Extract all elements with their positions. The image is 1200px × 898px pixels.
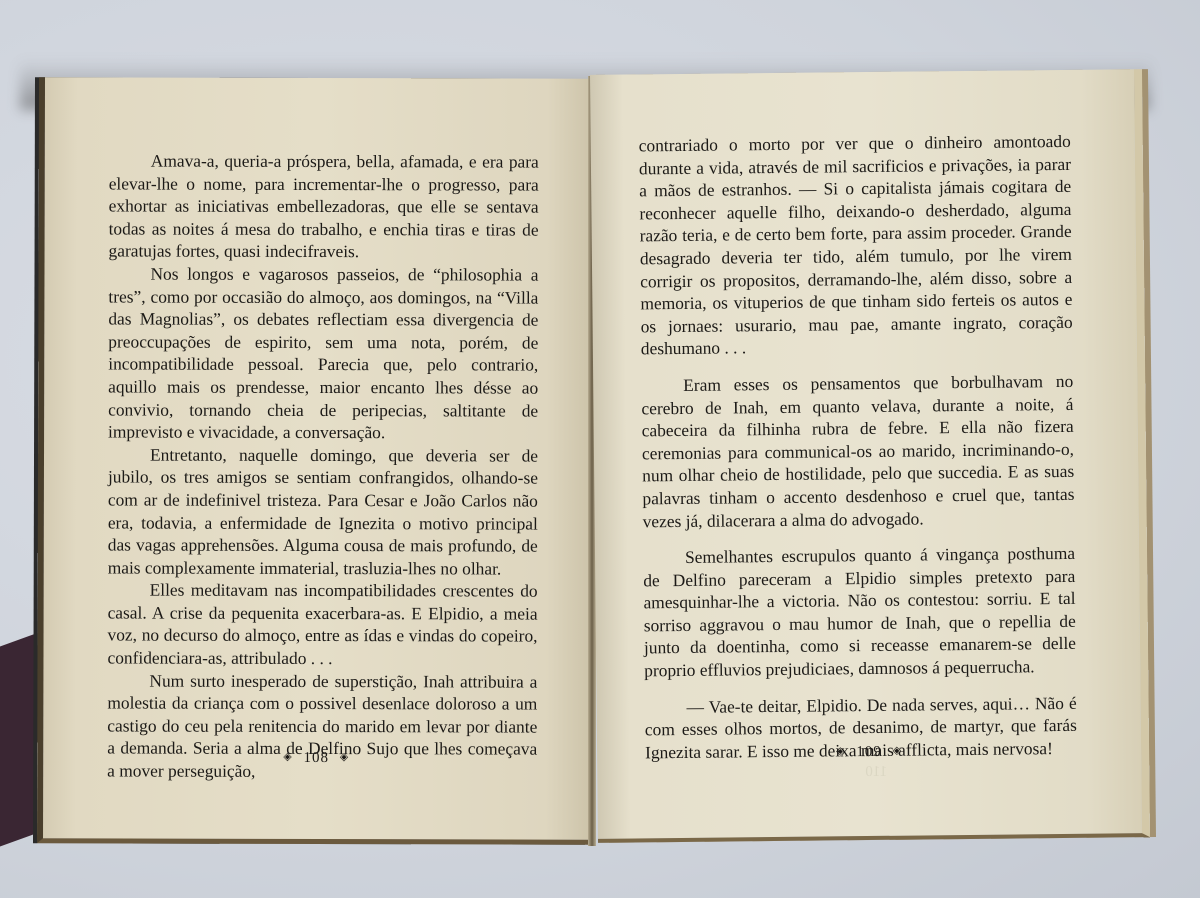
paragraph: Eram esses os pensamentos que borbulhava… bbox=[641, 370, 1075, 533]
page-number-value: 109 bbox=[856, 744, 882, 760]
bleed-through-page-number: 110 bbox=[865, 764, 887, 781]
right-page-text: contrariado o morto por ver que o dinhei… bbox=[639, 130, 1078, 764]
paragraph: Elles meditavam nas incompatibilidades c… bbox=[107, 579, 537, 671]
page-number-left: ◈ 108 ◈ bbox=[43, 749, 589, 767]
right-page: contrariado o morto por ver que o dinhei… bbox=[590, 69, 1150, 843]
ornament-icon: ◈ bbox=[283, 751, 293, 763]
paragraph: Amava-a, queria-a próspera, bella, afama… bbox=[109, 149, 539, 263]
ornament-icon: ◈ bbox=[893, 745, 903, 757]
open-book: Amava-a, queria-a próspera, bella, afama… bbox=[28, 72, 1178, 852]
paragraph: Entretanto, naquelle domingo, que deveri… bbox=[108, 443, 538, 580]
paragraph: Semelhantes escrupulos quanto á vingança… bbox=[643, 542, 1076, 682]
ornament-icon: ◈ bbox=[836, 745, 846, 757]
left-page-text: Amava-a, queria-a próspera, bella, afama… bbox=[107, 149, 539, 783]
paragraph: contrariado o morto por ver que o dinhei… bbox=[639, 130, 1073, 360]
page-number-value: 108 bbox=[303, 750, 329, 766]
paragraph: Nos longos e vagarosos passeios, de “phi… bbox=[108, 262, 538, 444]
ornament-icon: ◈ bbox=[340, 751, 350, 763]
left-page: Amava-a, queria-a próspera, bella, afama… bbox=[37, 77, 591, 844]
